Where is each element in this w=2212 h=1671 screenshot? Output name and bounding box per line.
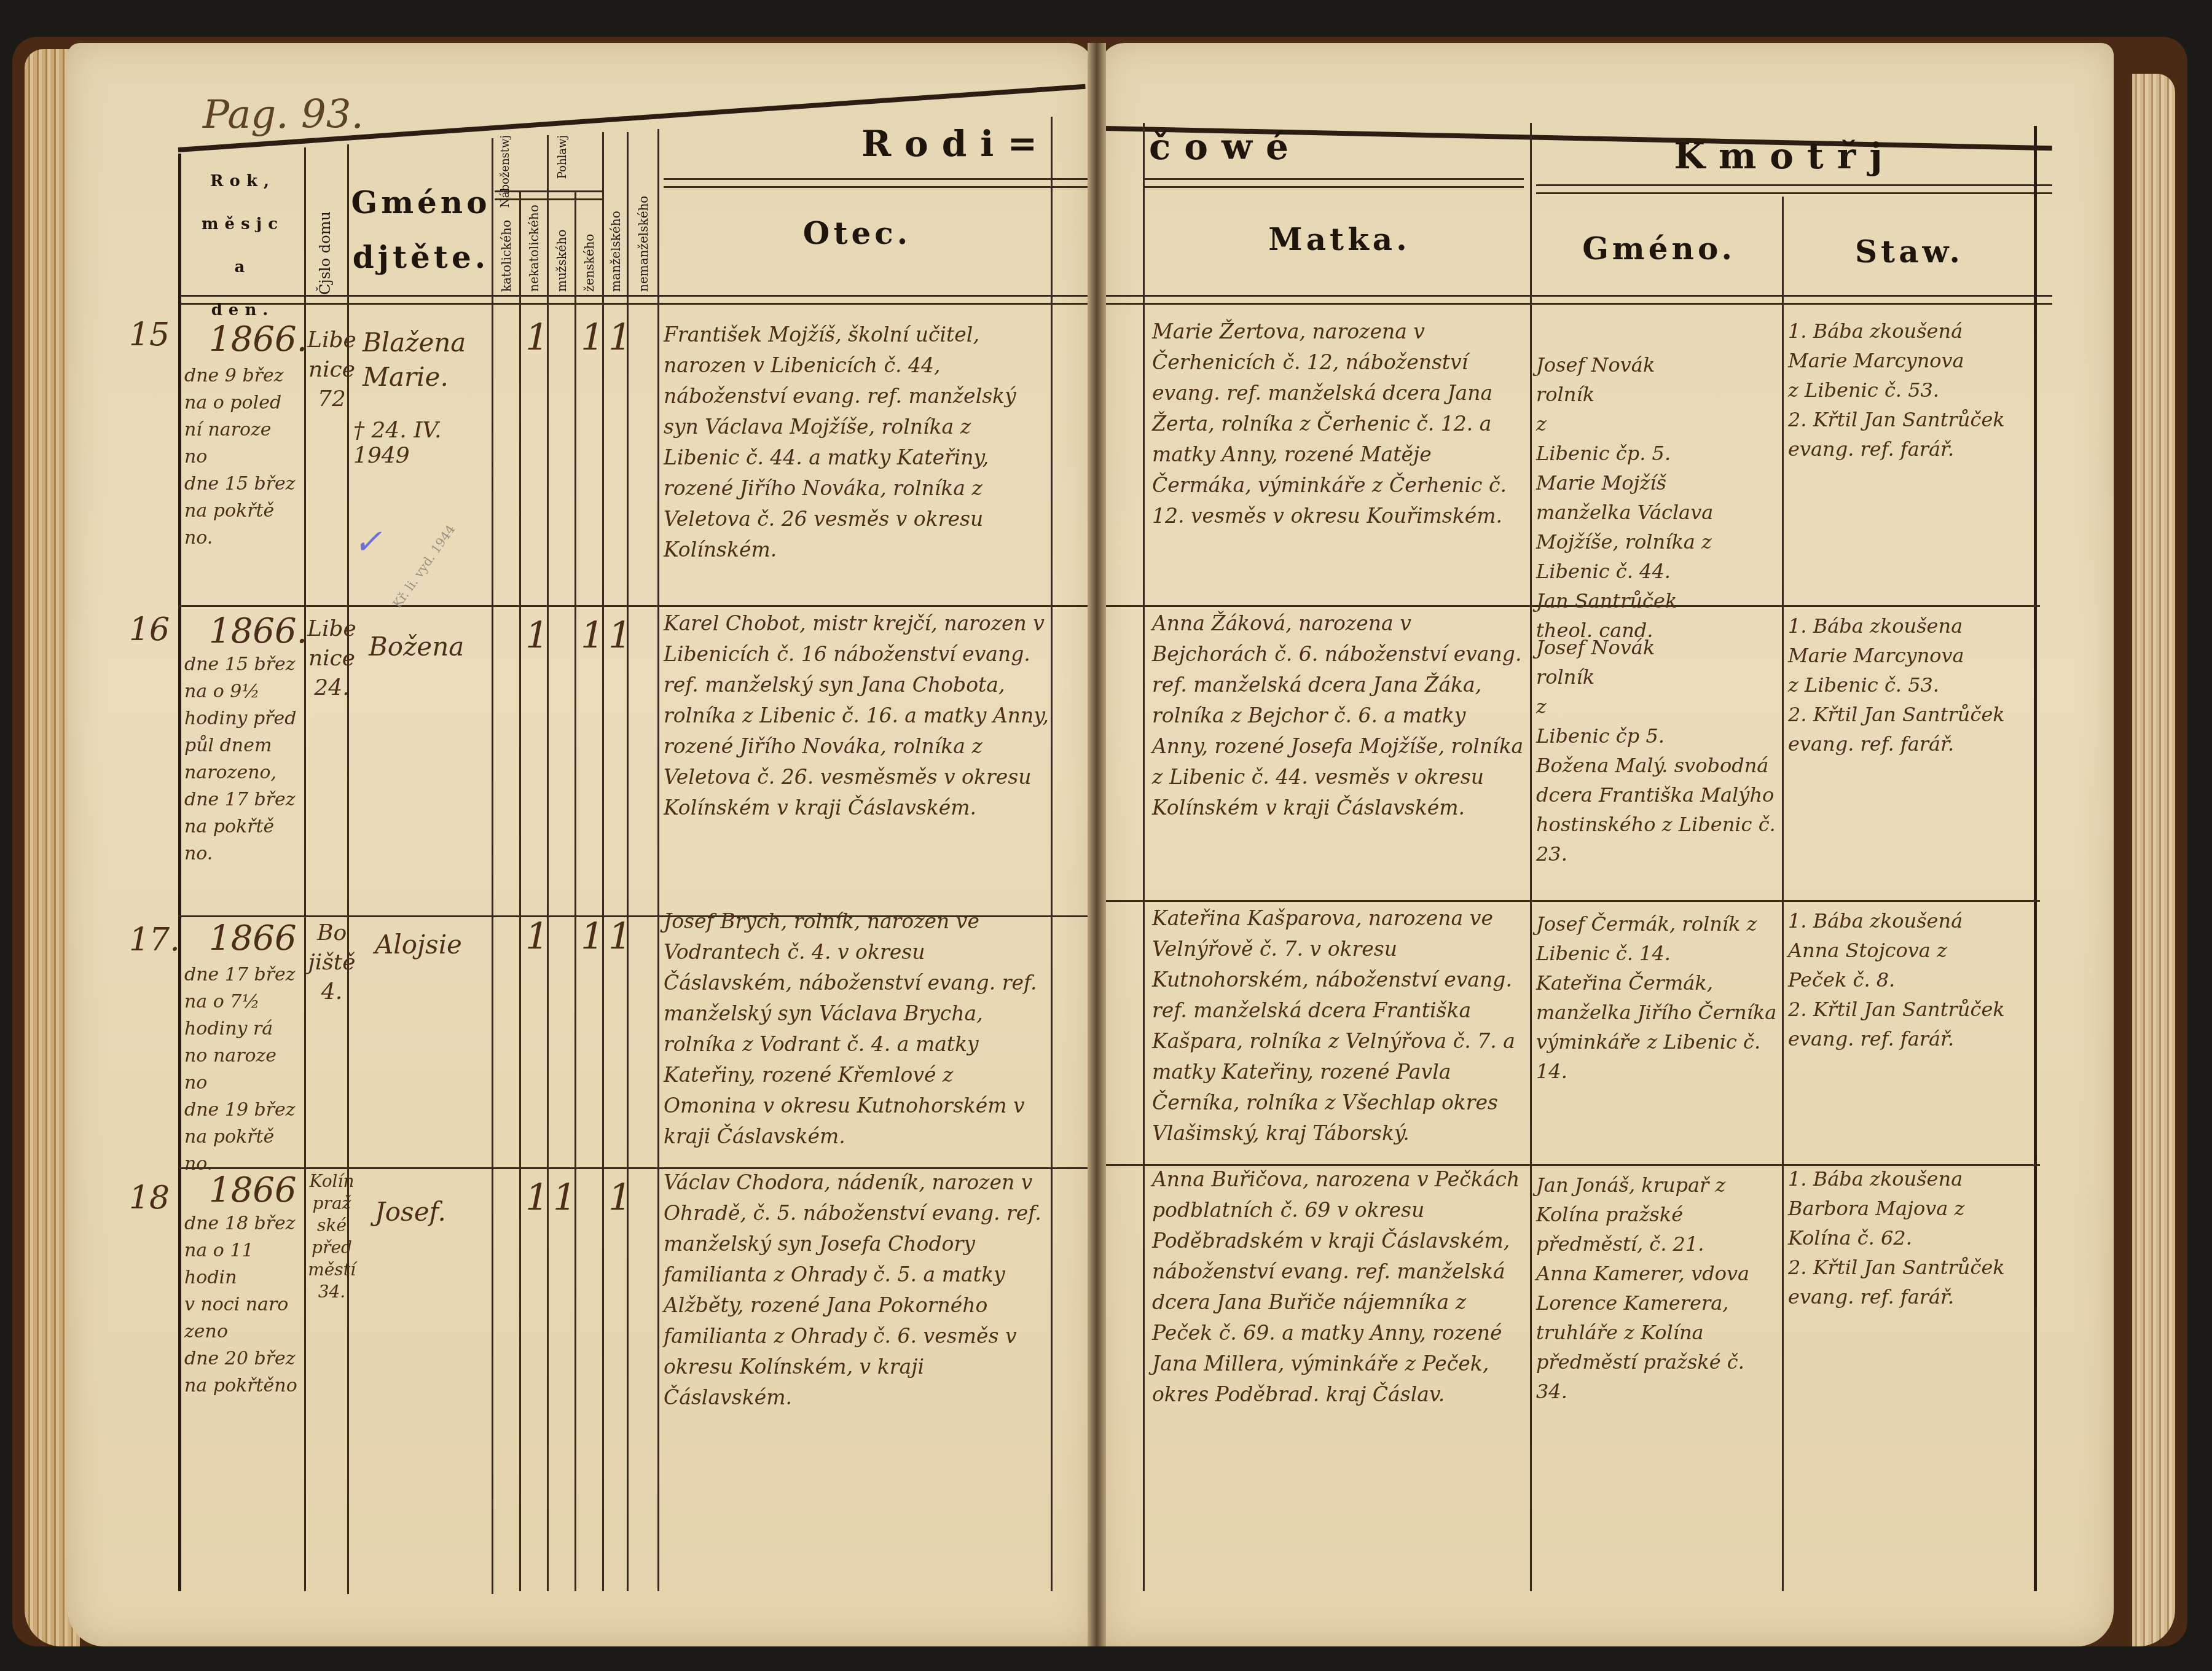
rodice-subrule-right [1143, 178, 1524, 188]
entry-house-number: Kolín praž ské před městí 34. [307, 1170, 356, 1303]
page-number: Pag. 93. [203, 92, 364, 138]
row-divider-16-17-right [1106, 900, 2040, 902]
entry-number: 16 [129, 611, 170, 648]
entry-godparent-names: Josef Novák rolník z Libenic čp. 5. Mari… [1536, 350, 1779, 645]
header-nemanzelskeho: nemanželského [636, 172, 651, 292]
entry-number: 18 [129, 1180, 170, 1216]
entry-mother: Anna Buřičova, narozena v Pečkách podbla… [1152, 1164, 1527, 1410]
entry-birth-baptism-date: dne 9 břez na o poled ní naroze no dne 1… [184, 362, 307, 552]
kmotri-subrule [1536, 184, 2052, 194]
mark-muzske: 1 [553, 1176, 576, 1219]
col-rule-muz [575, 190, 576, 1591]
entry-birth-baptism-date: dne 18 břez na o 11 hodin v noci naro ze… [184, 1210, 307, 1399]
mark-manzelske: 1 [608, 316, 632, 359]
entry-mother: Anna Žáková, narozena v Bejchorách č. 6.… [1152, 608, 1527, 823]
entry-mother: Marie Žertova, narozena v Čerhenicích č.… [1152, 316, 1527, 531]
book-gutter [1088, 43, 1106, 1646]
header-rodice-right: čowé [1149, 126, 1333, 168]
frame-left [178, 154, 181, 1591]
mark-nekatolicke: 1 [525, 915, 549, 958]
col-rule-otec [1051, 117, 1053, 1591]
frame-right [2034, 126, 2037, 1591]
mark-nekatolicke: 1 [525, 316, 549, 359]
entry-father: Josef Brych, rolník, narozen ve Vodrante… [664, 906, 1051, 1152]
verification-checkmark: ✓ [353, 522, 382, 562]
col-rule-katol [519, 190, 521, 1591]
entry-father: František Mojžíš, školní učitel, narozen… [664, 319, 1051, 565]
header-kmotri-jmeno: Gméno. [1536, 230, 1782, 267]
header-rodice-left: Rodi= [664, 123, 1051, 165]
rodice-subrule-left [664, 178, 1088, 188]
mark-nekatolicke: 1 [525, 1176, 549, 1219]
entry-year: 1866. [209, 611, 307, 651]
col-rule-kmotri-mid [1782, 197, 1784, 1591]
header-bottom-rule-left [178, 295, 1088, 305]
entry-mother: Kateřina Kašparova, narozena ve Velnýřov… [1152, 903, 1527, 1149]
entry-godparent-names: Josef Novák rolník z Libenic čp 5. Božen… [1536, 633, 1779, 869]
entry-father: Václav Chodora, nádeník, narozen v Ohrad… [664, 1167, 1051, 1413]
entry-child-name: Blažena Marie. [363, 326, 492, 394]
page-edges-right [2132, 74, 2175, 1646]
header-otec: Otec. [664, 215, 1051, 251]
mark-manzelske: 1 [608, 1176, 632, 1219]
header-pohlavi: Pohlawj [556, 135, 569, 179]
col-rule-nemanz [657, 129, 659, 1591]
entry-death-note: † 24. IV. 1949 [353, 418, 501, 468]
entry-number: 17. [129, 922, 180, 958]
entry-birth-baptism-date: dne 15 břez na o 9½ hodiny před půl dnem… [184, 651, 307, 867]
mark-nekatolicke: 1 [525, 614, 549, 657]
col-rule-matka-left [1143, 123, 1145, 1591]
mark-manzelske: 1 [608, 915, 632, 958]
header-nabozenstvi: Náboženstwj [499, 135, 512, 208]
entry-house-number: Libe nice 24. [307, 614, 356, 703]
header-cislo-domu: Čjslo domu [316, 203, 334, 295]
entry-year: 1866. [209, 319, 307, 359]
entry-house-number: Bo jiště 4. [307, 918, 356, 1007]
header-rok: Rok, měsjc a den. [184, 160, 301, 332]
mark-zenske: 1 [581, 614, 604, 657]
col-rule-matka-right [1530, 123, 1532, 1591]
header-muzskeho: mužského [554, 206, 569, 292]
entry-child-name: Alojsie [375, 928, 492, 962]
entry-father: Karel Chobot, mistr krejčí, narozen v Li… [664, 608, 1051, 823]
entry-year: 1866 [209, 1170, 297, 1210]
header-matka: Matka. [1149, 221, 1530, 257]
entry-godparent-status: 1. Bába zkoušena Marie Marcynova z Liben… [1788, 611, 2034, 759]
header-zenskeho: ženského [582, 206, 597, 292]
header-kmotri-stav: Staw. [1785, 233, 2034, 270]
header-katolickeho: katolického [499, 206, 514, 292]
entry-house-number: Libe nice 72 [307, 326, 356, 414]
entry-godparent-status: 1. Bába zkoušená Marie Marcynova z Liben… [1788, 316, 2034, 464]
row-divider-15-16 [178, 605, 1088, 607]
header-nekatolickeho: nekatolického [527, 206, 541, 292]
entry-godparent-names: Jan Jonáš, krupař z Kolína pražské předm… [1536, 1170, 1779, 1406]
mark-zenske: 1 [581, 316, 604, 359]
entry-child-name: Božena [369, 630, 492, 664]
entry-godparent-status: 1. Bába zkoušena Barbora Majova z Kolína… [1788, 1164, 2034, 1312]
entry-godparent-names: Josef Čermák, rolník z Libenic č. 14. Ka… [1536, 909, 1779, 1086]
header-kmotri: Kmotřj [1536, 135, 2034, 177]
col-rule-name [492, 138, 493, 1594]
header-jmeno: Gméno djtěte. [350, 184, 492, 275]
mark-zenske: 1 [581, 915, 604, 958]
entry-birth-baptism-date: dne 17 břez na o 7½ hodiny rá no naroze … [184, 961, 307, 1178]
header-bottom-rule-right [1106, 295, 2052, 305]
header-manzelskeho: manželského [608, 184, 623, 292]
entry-number: 15 [129, 316, 170, 353]
entry-child-name: Josef. [375, 1195, 492, 1229]
entry-godparent-status: 1. Bába zkoušená Anna Stojcova z Peček č… [1788, 906, 2034, 1054]
mark-manzelske: 1 [608, 614, 632, 657]
entry-year: 1866 [209, 918, 297, 958]
